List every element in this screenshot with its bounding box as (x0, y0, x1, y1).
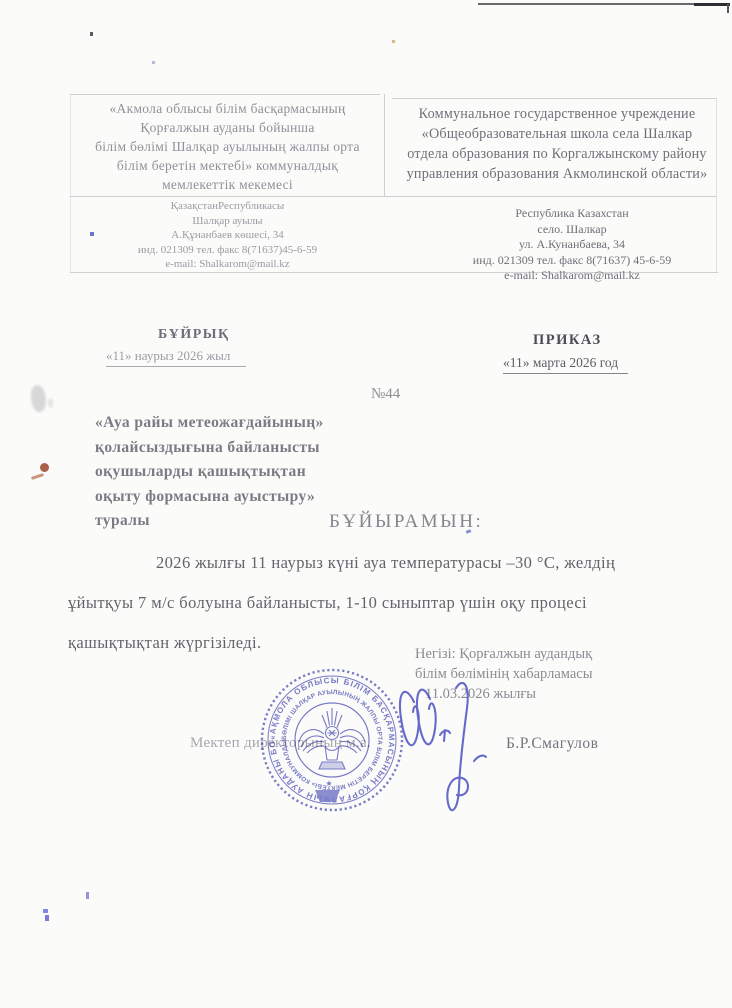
subject-line: «Ауа райы метеожағдайының» (95, 411, 395, 436)
scan-artifact (31, 473, 44, 480)
address-kazakh: ҚазақстанРеспубликасы Шалқар ауылы А.Құн… (75, 199, 380, 272)
org-kk-line: білім беретін мектебі» коммуналдық (75, 156, 380, 175)
addr-kk-line: ҚазақстанРеспубликасы (75, 199, 380, 214)
basis-line: Негізі: Қорғалжын аудандық (415, 644, 675, 664)
scan-artifact (392, 40, 395, 43)
scan-artifact (152, 61, 155, 64)
signature-scribble (395, 675, 505, 825)
org-ru-line: отдела образования по Коргалжынскому рай… (394, 144, 720, 164)
order-title-kazakh: БҰЙРЫҚ (158, 327, 230, 343)
addr-ru-line: ул. А.Кунанбаева, 34 (424, 237, 720, 253)
order-title-russian: ПРИКАЗ (533, 332, 602, 349)
scan-artifact (45, 915, 49, 921)
addr-kk-line: А.Құнанбаев көшесі, 34 (75, 228, 380, 243)
scan-artifact (478, 3, 696, 5)
subject-line: оқушыларды қашықтықтан (95, 460, 395, 485)
addr-ru-line: Республика Казахстан (424, 206, 720, 222)
header-border-left (70, 94, 71, 273)
subject-line: қолайсыздығына байланысты (95, 436, 395, 461)
org-ru-line: Коммунальное государственное учреждение (394, 104, 720, 124)
scanned-order-document: «Акмола облысы білім басқармасының Қорға… (0, 0, 732, 1008)
header-rule-top-left (70, 94, 380, 95)
scan-artifact (466, 529, 472, 534)
order-date-russian: «11» марта 2026 год (503, 355, 628, 374)
header-rule-middle (70, 196, 716, 197)
stamp-star: ★ (325, 779, 332, 788)
addr-kk-line: Шалқар ауылы (75, 214, 380, 229)
org-name-russian: Коммунальное государственное учреждение … (394, 104, 720, 184)
scan-artifact (694, 3, 730, 6)
addr-ru-line: инд. 021309 тел. факс 8(71637) 45-6-59 (424, 253, 720, 269)
scan-artifact (28, 384, 48, 414)
scan-artifact (727, 4, 729, 13)
org-kk-line: мемлекеттік мекемесі (75, 175, 380, 194)
scan-artifact (40, 463, 49, 472)
addr-ru-line: e-mail: Shalkarom@mail.kz (424, 268, 720, 284)
subject-line: оқыту формасына ауыстыру» (95, 485, 395, 510)
official-stamp: «АҚМОЛА ОБЛЫСЫ БІЛІМ БАСҚАРМАСЫНЫҢ ҚОРҒА… (250, 658, 414, 822)
stamp-emblem (299, 708, 365, 769)
addr-ru-line: село. Шалкар (424, 222, 720, 238)
org-kk-line: білім бөлімі Шалқар ауылының жалпы орта (75, 137, 380, 156)
order-number: №44 (371, 386, 400, 403)
org-kk-line: Қорғалжын ауданы бойынша (75, 118, 380, 137)
body-line: 2026 жылғы 11 наурыз күні ауа температур… (68, 543, 718, 583)
order-date-kazakh: «11» наурыз 2026 жыл (106, 348, 246, 367)
org-name-kazakh: «Акмола облысы білім басқармасының Қорға… (75, 99, 380, 194)
body-line: ұйытқуы 7 м/с болуына байланысты, 1-10 с… (68, 583, 718, 623)
addr-kk-line: e-mail: Shalkarom@mail.kz (75, 257, 380, 272)
scan-artifact (86, 892, 89, 899)
addr-kk-line: инд. 021309 тел. факс 8(71637)45-6-59 (75, 243, 380, 258)
header-rule-top-right (392, 98, 716, 99)
scan-artifact (43, 909, 48, 913)
org-kk-line: «Акмола облысы білім басқармасының (75, 99, 380, 118)
scan-artifact (90, 232, 94, 236)
address-russian: Республика Казахстан село. Шалкар ул. А.… (424, 206, 720, 284)
signer-name: Б.Р.Смагулов (506, 735, 598, 753)
header-divider-vertical (384, 94, 385, 197)
scan-artifact (48, 398, 53, 408)
scan-artifact (90, 32, 93, 36)
org-ru-line: управления образования Акмолинской облас… (394, 164, 720, 184)
org-ru-line: «Общеобразовательная школа села Шалкар (394, 124, 720, 144)
resolve-word: БҰЙЫРАМЫН: (329, 511, 483, 533)
